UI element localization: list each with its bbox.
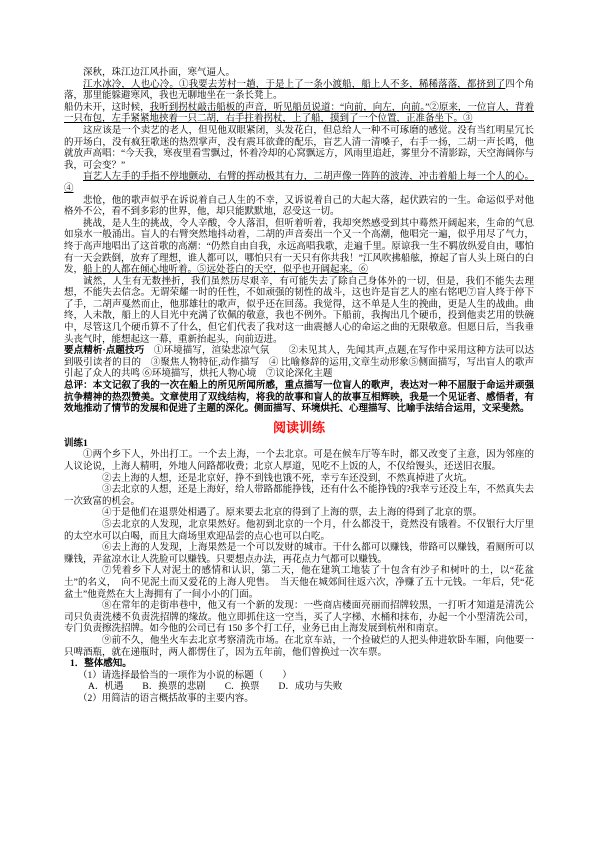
text-run: ⑥去上海的人发现，上海果然是一个可以发财的城市。干什么都可以赚钱，带路可以赚钱，… [64,543,534,565]
story-paragraph: ⑥去上海的人发现，上海果然是一个可以发财的城市。干什么都可以赚钱，带路可以赚钱，… [64,543,534,566]
text-run: 盲艺人左手的手指不停地颤动，右臂的挥动极其有力，二胡声像一阵阵的波涛，冲击着船上… [64,172,534,194]
document-content: 深秋，珠江边江风扑面，寒气逼人。江水冰冷，人也心冷。①我要去芳村一趟，于是上了一… [64,68,534,705]
training-label: 训练1 [64,439,534,451]
text-run: A．机遇 B．换票的悲剧 C．换票 D．成功与失败 [88,682,342,692]
story-paragraph: ③去北京的人想，还是上海好，给人带路都能挣钱，还有什么不能挣钱的?我幸亏还没上车… [64,485,534,508]
story-paragraph: ⑧在常年的走街串巷中，他又有一个新的发现：一些商店楼面亮丽而招牌较黑，一打听才知… [64,601,534,636]
passage-paragraph: 船仍未开，这时候，我听到拐杖敲击船板的声音，听见船员说道：“向前，向左，向前。”… [64,103,534,126]
text-run: ⑨前不久，他坐火车去北京考察清洗市场。在北京车站，一个捡破烂的人把头伸进软卧车厢… [64,636,534,658]
story-paragraph: ⑨前不久，他坐火车去北京考察清洗市场。在北京车站，一个捡破烂的人把头伸进软卧车厢… [64,636,534,659]
text-run: 总评：本文记叙了我的一次在船上的所见所闻所感，重点描写一位盲人的歌声，表达对一种… [64,381,534,414]
text-run: ⑤去北京的人发现，北京果然好。他初到北京的一个月，什么都没干，竟然没有饿着。不仅… [64,520,534,542]
passage-paragraph: 悲怆，他的歌声似乎在诉说着自己人生的不幸，又诉说着自己的大起大落，起伏跌宕的一生… [64,196,534,219]
passage-paragraph: 挑战，是人生的挑战，令人辛酸，令人落泪，但听着听着，我却突然感受到其中蓦然开阔起… [64,219,534,277]
text-run: （1）请选择最恰当的一项作为小说的标题（ ） [78,671,292,681]
text-run: ⑧在常年的走街串巷中，他又有一个新的发现：一些商店楼面亮丽而招牌较黑，一打听才知… [64,601,534,634]
story-paragraph: ⑦凭着乡下人对泥土的感情和认识，第二天，他在建筑工地装了十包含有沙子和树叶的土，… [64,566,534,601]
text-run: 要点精析·点题技巧 [64,346,144,356]
text-run: ④于是他们在退票处相遇了。原来要去北京的得到了上海的票，去上海的得到了北京的票。 [102,508,482,518]
question-options: A．机遇 B．换票的悲剧 C．换票 D．成功与失败 [88,682,534,694]
text-run: 1．整体感知。 [70,659,132,669]
points-analysis: 要点精析·点题技巧 ①环境描写，渲染悲凉气氛 ②未见其人，先闻其声,点题,在写作… [64,346,534,381]
text-run: 江水冰冷，人也心冷。①我要去芳村一趟，于是上了一条小渡船，船上人不多，稀稀落落，… [83,80,505,90]
text-run: 船仍未开，这时候， [64,103,150,113]
text-run: ③去北京的人想，还是上海好，给人带路都能挣钱，还有什么不能挣钱的?我幸亏还没上车… [64,485,534,507]
text-run: 阅读训练 [273,420,325,435]
text-run: ⑦凭着乡下人对泥土的感情和认识，第二天，他在建筑工地装了十包含有沙子和树叶的土，… [64,566,534,599]
passage-paragraph: 深秋，珠江边江风扑面，寒气逼人。 [64,68,534,80]
passage-paragraph: 诚然，人生有无数挫折，我们虽然历尽艰辛，有可能失去了除自己身体外的一切，但是，我… [64,277,534,347]
story-paragraph: ④于是他们在退票处相遇了。原来要去北京的得到了上海的票，去上海的得到了北京的票。 [64,508,534,520]
question-item: （1）请选择最恰当的一项作为小说的标题（ ） [78,671,534,683]
text-run: （2）用简洁的语言概括故事的主要内容。 [78,694,254,704]
question-item: （2）用简洁的语言概括故事的主要内容。 [78,694,534,706]
text-run: 悲怆，他的歌声似乎在诉说着自己人生的不幸，又诉说着自己的大起大落，起伏跌宕的一生… [64,196,534,218]
story-paragraph: ⑤去北京的人发现，北京果然好。他初到北京的一个月，什么都没干，竟然没有饿着。不仅… [64,520,534,543]
story-paragraph: ②去上海的人想，还是北京好，挣不到钱也饿不死，幸亏车还没到，不然真掉进了火坑。 [64,474,534,486]
question-section-label: 1．整体感知。 [70,659,534,671]
text-run: ②去上海的人想，还是北京好，挣不到钱也饿不死，幸亏车还没到，不然真掉进了火坑。 [102,474,473,484]
passage-paragraph: 江水冰冷，人也心冷。①我要去芳村一趟，于是上了一条小渡船，船上人不多，稀稀落落，… [64,80,534,103]
text-run: 诚然，人生有无数挫折，我们虽然历尽艰辛，有可能失去了除自己身体外的一切，但是，我… [64,277,534,345]
story-paragraph: ①两个乡下人，外出打工。一个去上海，一个去北京。可是在候车厅等车时，都又改变了主… [64,450,534,473]
summary-paragraph: 总评：本文记叙了我的一次在船上的所见所闻所感，重点描写一位盲人的歌声，表达对一种… [64,381,534,416]
passage-paragraph: 盲艺人左手的手指不停地颤动，右臂的挥动极其有力，二胡声像一阵阵的波涛，冲击着船上… [64,172,534,195]
passage-paragraph: 这应该是一个卖艺的老人，但见他双眼紧闭，头发花白，但总给人一种不可琢磨的感觉。没… [64,126,534,172]
document-page: 深秋，珠江边江风扑面，寒气逼人。江水冰冷，人也心冷。①我要去芳村一趟，于是上了一… [0,0,595,842]
text-run: 这应该是一个卖艺的老人，但见他双眼紧闭，头发花白，但总给人一种不可琢磨的感觉。没… [64,126,534,171]
section-title: 阅读训练 [64,420,534,436]
text-run: 训练1 [64,439,88,449]
text-run: 船上的人都在倾心地听着。⑤远处苍白的天空，似乎也开阔起来。⑥ [83,265,368,275]
text-run: 深秋，珠江边江风扑面，寒气逼人。 [83,68,235,78]
text-run: ①两个乡下人，外出打工。一个去上海，一个去北京。可是在候车厅等车时，都又改变了主… [64,450,534,472]
